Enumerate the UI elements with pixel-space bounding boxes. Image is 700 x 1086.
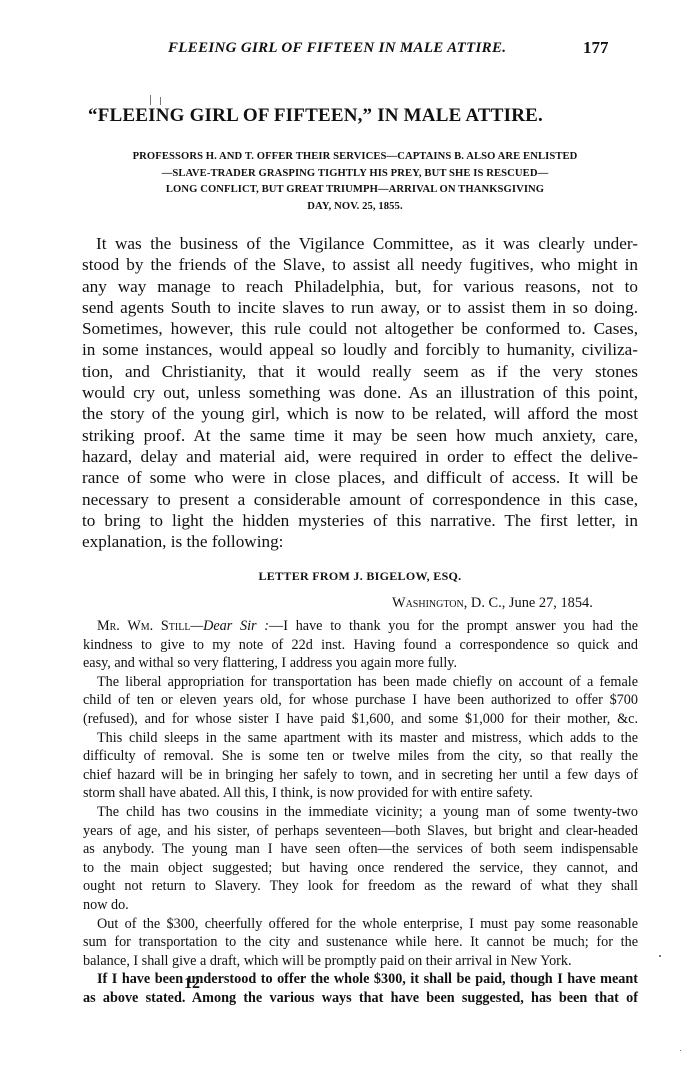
scan-artifact [150,95,151,105]
letter-line: difficulty of removal. She is some ten o… [83,747,638,766]
synopsis-line: DAY, NOV. 25, 1855. [70,199,640,216]
letter-line: easy, and withal so very flattering, I a… [83,654,638,673]
letter-line: balance, I shall give a draft, which wil… [83,952,638,971]
text-line: hazard, delay and material aid, were req… [82,446,638,467]
text-line: the story of the young girl, which is no… [82,403,638,424]
text-line: would cry out, unless something was done… [82,382,638,403]
synopsis-line: PROFESSORS H. AND T. OFFER THEIR SERVICE… [70,149,640,166]
letter-line: storm shall have abated. All this, I thi… [83,784,638,803]
scan-artifact [160,97,161,105]
letter-line: The liberal appropriation for transporta… [83,673,638,692]
dateline-place: Washington [392,595,464,611]
letter-line: child of ten or eleven years old, for wh… [83,691,638,710]
scan-artifact [659,955,661,957]
letter-line: to the main object suggested; but having… [83,859,638,878]
letter-line: as anybody. The young man I have seen of… [83,840,638,859]
letter-line: sum for transportation to the city and s… [83,933,638,952]
text-line: Sometimes, however, this rule could not … [82,318,638,339]
text-line: It was the business of the Vigilance Com… [82,233,638,254]
text-line: striking proof. At the same time it may … [82,425,638,446]
chapter-synopsis: PROFESSORS H. AND T. OFFER THEIR SERVICE… [70,149,640,215]
letter-heading: LETTER FROM J. BIGELOW, ESQ. [60,569,660,584]
text-line: explanation, is the following: [82,531,638,552]
chapter-title: “FLEEING GIRL OF FIFTEEN,” IN MALE ATTIR… [88,105,608,127]
running-head-title: FLEEING GIRL OF FIFTEEN IN MALE ATTIRE. [168,40,628,57]
text-line: tion, and Christianity, that it would re… [82,361,638,382]
book-page: FLEEING GIRL OF FIFTEEN IN MALE ATTIRE. … [0,0,700,1086]
letter-line: (refused), and for whose sister I have p… [83,710,638,729]
dateline-date: , D. C., June 27, 1854. [464,595,593,611]
letter-line: Mr. Wm. Still—Dear Sir :—I have to thank… [83,617,638,636]
text-line: send agents South to incite slaves to ru… [82,297,638,318]
synopsis-line: LONG CONFLICT, BUT GREAT TRIUMPH—ARRIVAL… [70,182,640,199]
salutation-name: Mr. Wm. Still [97,618,190,634]
letter-body: Mr. Wm. Still—Dear Sir :—I have to thank… [83,617,638,1007]
text-line: rance of some who were in close places, … [82,467,638,488]
signature-mark: 12 [184,975,200,993]
text-line: to bring to light the hidden mysteries o… [82,510,638,531]
letter-text: —I have to thank you for the prompt answ… [269,618,638,634]
text-line: stood by the friends of the Slave, to as… [82,254,638,275]
body-paragraph: It was the business of the Vigilance Com… [82,233,638,552]
letter-line: This child sleeps in the same apartment … [83,729,638,748]
letter-line: Out of the $300, cheerfully offered for … [83,915,638,934]
letter-line: now do. [83,896,638,915]
letter-line: chief hazard will be in bringing her saf… [83,766,638,785]
scan-artifact [680,1050,681,1051]
synopsis-line: —SLAVE-TRADER GRASPING TIGHTLY HIS PREY,… [70,166,640,183]
salutation-greeting: —Dear Sir : [190,618,269,634]
letter-line: years of age, and his sister, of perhaps… [83,822,638,841]
text-line: in some instances, would appeal so loudl… [82,339,638,360]
letter-line: as above stated. Among the various ways … [83,989,638,1008]
text-line: any way manage to reach Philadelphia, bu… [82,276,638,297]
text-line: necessary to present a considerable amou… [82,489,638,510]
letter-dateline: Washington, D. C., June 27, 1854. [392,595,593,612]
letter-line: kindness to give to my note of 22d inst.… [83,636,638,655]
page-number: 177 [583,38,609,58]
letter-line: ought not return to Slavery. They look f… [83,877,638,896]
letter-line: The child has two cousins in the immedia… [83,803,638,822]
letter-line: If I have been understood to offer the w… [83,970,638,989]
